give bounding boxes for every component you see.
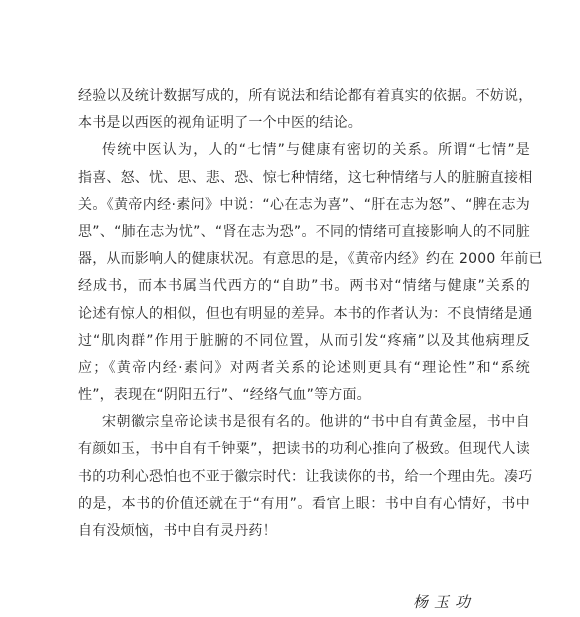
text-line: 应；《黄帝内经·素问》对两者关系的论述则更具有“理论性”和“系统 bbox=[78, 355, 530, 382]
text-line: 传统中医认为，人的“七情”与健康有密切的关系。所谓“七情”是 bbox=[78, 137, 530, 164]
text-line: 书的功利心恐怕也不亚于徽宗时代：让我读你的书，给一个理由先。凑巧 bbox=[78, 464, 530, 491]
text-line: 性”，表现在“阴阳五行”、“经络气血”等方面。 bbox=[78, 382, 530, 409]
text-line: 经验以及统计数据写成的，所有说法和结论都有着真实的依据。不妨说， bbox=[78, 83, 530, 110]
text-line: 自有没烦恼，书中自有灵丹药！ bbox=[78, 518, 530, 545]
text-line: 过“肌肉群”作用于脏腑的不同位置，从而引发“疼痛”以及其他病理反 bbox=[78, 328, 530, 355]
text-line: 本书是以西医的视角证明了一个中医的结论。 bbox=[78, 110, 530, 137]
text-line: 有颜如玉，书中自有千钟粟”，把读书的功利心推向了极致。但现代人读 bbox=[78, 436, 530, 463]
body-text: 经验以及统计数据写成的，所有说法和结论都有着真实的依据。不妨说，本书是以西医的视… bbox=[78, 83, 530, 545]
text-line: 论述有惊人的相似，但也有明显的差异。本书的作者认为：不良情绪是通 bbox=[78, 301, 530, 328]
book-page: 经验以及统计数据写成的，所有说法和结论都有着真实的依据。不妨说，本书是以西医的视… bbox=[0, 0, 580, 617]
text-line: 指喜、怒、忧、思、悲、恐、惊七种情绪，这七种情绪与人的脏腑直接相 bbox=[78, 165, 530, 192]
text-line: 宋朝徽宗皇帝论读书是很有名的。他讲的“书中自有黄金屋，书中自 bbox=[78, 409, 530, 436]
text-line: 的是，本书的价值还就在于“有用”。看官上眼：书中自有心情好，书中 bbox=[78, 491, 530, 518]
text-line: 思”、“肺在志为忧”、“肾在志为恐”。不同的情绪可直接影响人的不同脏 bbox=[78, 219, 530, 246]
author-signature: 杨玉功 bbox=[413, 591, 476, 612]
text-line: 器，从而影响人的健康状况。有意思的是，《黄帝内经》约在 2000 年前已 bbox=[78, 246, 530, 273]
text-line: 关。《黄帝内经·素问》中说：“心在志为喜”、“肝在志为怒”、“脾在志为 bbox=[78, 192, 530, 219]
text-line: 经成书，而本书属当代西方的“自助”书。两书对“情绪与健康”关系的 bbox=[78, 273, 530, 300]
